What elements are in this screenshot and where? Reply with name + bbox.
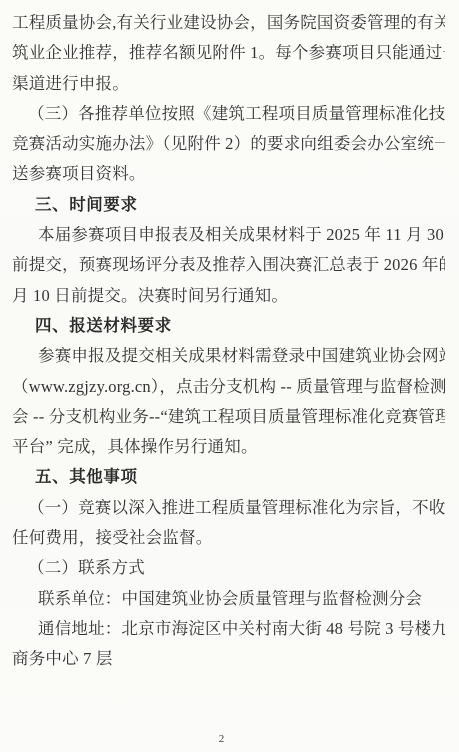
text-line: 平台” 完成，具体操作另行通知。 (12, 432, 445, 462)
text-line: （www.zgjzy.org.cn），点击分支机构 -- 质量管理与监督检测分 (12, 372, 445, 402)
text-line: 参赛申报及提交相关成果材料需登录中国建筑业协会网站 (12, 341, 445, 371)
text-line: 本届参赛项目申报表及相关成果材料于 2025 年 11 月 30 日 (12, 220, 445, 250)
section-heading: 四、报送材料要求 (12, 311, 445, 341)
text-line: 月 10 日前提交。决赛时间另行通知。 (12, 281, 445, 311)
text-line: 商务中心 7 层 (12, 644, 445, 674)
text-line: 联系单位：中国建筑业协会质量管理与监督检测分会 (12, 584, 445, 614)
text-line: 通信地址：北京市海淀区中关村南大街 48 号院 3 号楼九龙 (12, 614, 445, 644)
document-body: 工程质量协会,有关行业建设协会，国务院国资委管理的有关建筑业企业推荐，推荐名额见… (0, 0, 459, 675)
text-line: 任何费用，接受社会监督。 (12, 523, 445, 553)
section-heading: 五、其他事项 (12, 462, 445, 492)
text-line: （二）联系方式 (12, 553, 445, 583)
text-line: 送参赛项目资料。 (12, 159, 445, 189)
text-line: 渠道进行申报。 (12, 69, 445, 99)
text-line: 会 -- 分支机构业务--“建筑工程项目质量管理标准化竞赛管理 (12, 402, 445, 432)
text-line: 竞赛活动实施办法》（见附件 2）的要求向组委会办公室统一报 (12, 129, 445, 159)
text-line: 工程质量协会,有关行业建设协会，国务院国资委管理的有关建 (12, 8, 445, 38)
text-line: 筑业企业推荐，推荐名额见附件 1。每个参赛项目只能通过一个 (12, 38, 445, 68)
page-number: 2 (0, 733, 443, 745)
text-line: （一）竞赛以深入推进工程质量管理标准化为宗旨，不收取 (12, 493, 445, 523)
text-line: （三）各推荐单位按照《建筑工程项目质量管理标准化技术 (12, 99, 445, 129)
section-heading: 三、时间要求 (12, 190, 445, 220)
text-line: 前提交，预赛现场评分表及推荐入围决赛汇总表于 2026 年的 4 (12, 250, 445, 280)
document-page: 工程质量协会,有关行业建设协会，国务院国资委管理的有关建筑业企业推荐，推荐名额见… (0, 0, 459, 752)
